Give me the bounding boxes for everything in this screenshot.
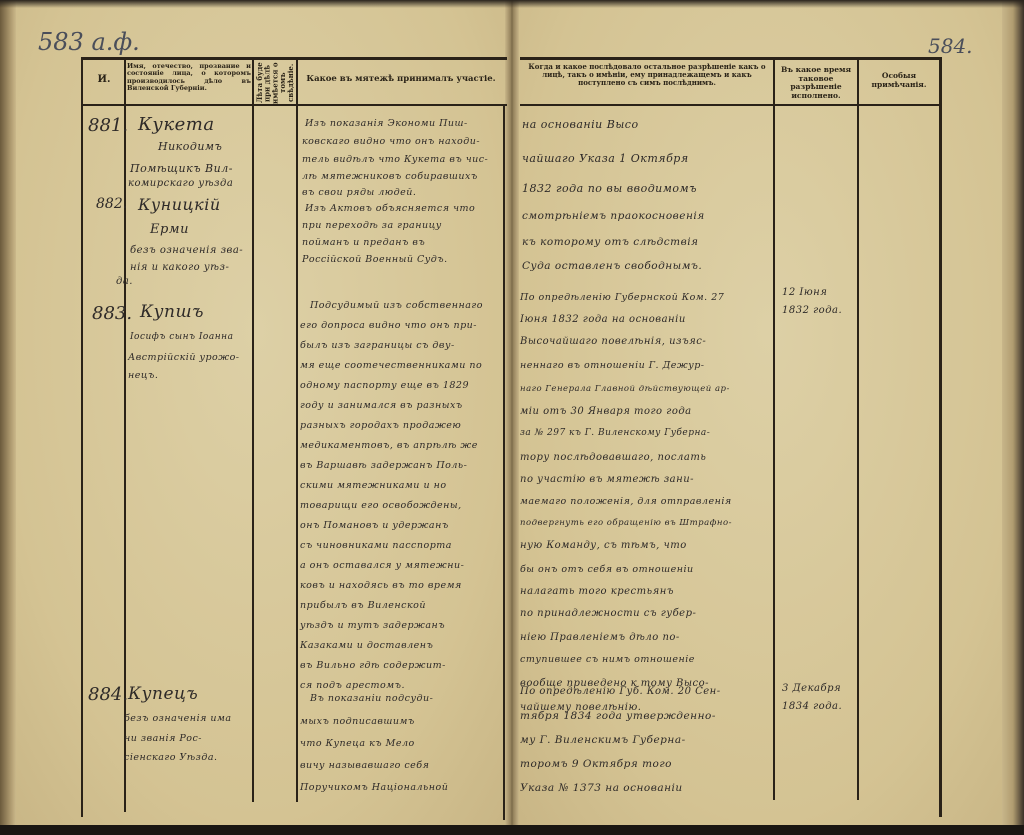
right-top-thick-rule: [520, 57, 940, 60]
decision-line: міи отъ 30 Января того года: [520, 406, 692, 417]
decision-line: бы онъ отъ себя въ отношеніи: [520, 564, 694, 575]
right-col-divider-1: [773, 60, 775, 800]
header-when-executed: Въ какое время таковое разрѣшеніе исполн…: [776, 66, 856, 101]
participation-line: Подсудимый изъ собственнаго: [310, 300, 483, 311]
participation-line: при переходѣ за границу: [302, 220, 442, 231]
right-header-bottom-rule: [520, 104, 940, 106]
decision-line: му Г. Виленскимъ Губерна-: [520, 734, 686, 746]
right-folio-number: 584.: [928, 34, 973, 58]
decision-line: на основаніи Высо: [522, 118, 639, 131]
decision-line: Высочайшаго повелѣнія, изъяс-: [520, 336, 706, 347]
left-inner-vrule: [503, 105, 505, 820]
header-participation: Какое въ мятежѣ принималъ участіе.: [300, 75, 502, 85]
decision-line: чайшаго Указа 1 Октября: [522, 152, 689, 165]
entry-name-line: ни званія Рос-: [124, 733, 202, 744]
decision-line: наго Генерала Главной дѣйствующей ар-: [520, 384, 730, 394]
center-gutter: [505, 0, 519, 825]
participation-line: лѣ мятежниковъ собиравшихъ: [302, 171, 478, 182]
decision-line: смотрѣніемъ праокосновенія: [522, 210, 705, 222]
execution-date: 12 Іюня 1832 года.: [782, 284, 856, 320]
entry-name-line: Никодимъ: [158, 140, 222, 153]
decision-line: тября 1834 года утвержденно-: [520, 710, 716, 722]
entry-name-line: Іосифъ сынъ Іоанна: [130, 332, 233, 342]
entry-name-line: Австрійскій урожо-: [128, 352, 240, 363]
participation-line: Казаками и доставленъ: [300, 640, 433, 651]
decision-line: ную Команду, съ тѣмъ, что: [520, 540, 687, 551]
participation-line: былъ изъ заграницы съ дву-: [300, 340, 455, 351]
entry-name-line: Купшъ: [140, 302, 204, 322]
participation-line: тель видѣлъ что Кукета въ чис-: [302, 154, 488, 165]
participation-line: Въ показаніи подсуди-: [310, 693, 433, 704]
right-page-edge: [1002, 0, 1024, 825]
entry-number: 881.: [88, 115, 128, 136]
participation-line: вичу называвшаго себя: [300, 760, 429, 771]
participation-line: уѣздъ и тутъ задержанъ: [300, 620, 445, 631]
participation-line: Изъ показанія Экономи Пиш-: [305, 118, 468, 129]
participation-line: въ Вильно гдѣ содержит-: [300, 660, 446, 671]
participation-line: товарищи его освобождены,: [300, 500, 462, 511]
decision-line: подвергнуть его обращенію въ Штрафно-: [520, 518, 732, 528]
participation-line: въ свои ряды людей.: [302, 187, 416, 198]
decision-line: по принадлежности съ губер-: [520, 608, 696, 619]
right-col-divider-2: [857, 60, 859, 800]
entry-number: 883.: [92, 303, 132, 324]
left-top-thick-rule: [82, 57, 507, 60]
entry-name-line: Куницкій: [138, 195, 221, 214]
decision-line: Іюня 1832 года на основаніи: [520, 314, 686, 325]
participation-line: мя еще соотечественниками по: [300, 360, 482, 371]
left-header-bottom-rule: [82, 104, 507, 106]
decision-line: по участію въ мятежѣ зани-: [520, 474, 694, 485]
decision-line: ступившее съ нимъ отношеніе: [520, 654, 695, 665]
entry-name-line: Ерми: [150, 222, 189, 237]
left-folio-number: 583 а.ф.: [38, 28, 140, 56]
participation-line: году и занимался въ разныхъ: [300, 400, 463, 411]
decision-line: Суда оставленъ свободнымъ.: [522, 260, 702, 272]
decision-line: тору послѣдовавшаго, послать: [520, 452, 706, 463]
participation-line: Изъ Актовъ объясняется что: [305, 203, 475, 214]
top-shadow: [0, 0, 1024, 8]
participation-line: ся подъ арестомъ.: [300, 680, 405, 691]
participation-line: что Купеца къ Мело: [300, 738, 415, 749]
participation-line: Россійской Военный Судъ.: [302, 254, 448, 265]
header-number: И.: [84, 74, 124, 86]
participation-line: прибылъ въ Виленской: [300, 600, 426, 611]
decision-line: ніею Правленіемъ дѣло по-: [520, 632, 680, 643]
execution-date: 3 Декабря 1834 года.: [782, 680, 856, 716]
entry-number: 884.: [88, 684, 128, 705]
participation-line: медикаментовъ, въ апрѣлѣ же: [300, 440, 478, 451]
decision-line: къ которому отъ слѣдствія: [522, 236, 699, 248]
participation-line: ковскаго видно что онъ находи-: [302, 136, 480, 147]
entry-name-line: нія и какого уѣз-: [130, 262, 229, 273]
participation-line: а онъ оставался у мятежни-: [300, 560, 464, 571]
participation-line: пойманъ и преданъ въ: [302, 237, 425, 248]
participation-line: мыхъ подписавшимъ: [300, 716, 415, 727]
decision-line: маемаго положенія, для отправленія: [520, 496, 732, 507]
participation-line: одному паспорту еще въ 1829: [300, 380, 469, 391]
entry-name-line: Помѣщикъ Вил-: [130, 162, 233, 175]
col-divider-2: [252, 60, 254, 802]
entry-name-line: сіенскаго Уѣзда.: [124, 752, 218, 763]
participation-line: его допроса видно что онъ при-: [300, 320, 477, 331]
decision-line: 1832 года по вы вводимомъ: [522, 182, 697, 195]
participation-line: Поручикомъ Національной: [300, 782, 448, 793]
entry-name-line: комирскаго уѣзда: [128, 178, 233, 189]
entry-name-line: безъ означенія зва-: [130, 245, 243, 256]
left-binding-edge: [0, 0, 16, 825]
participation-line: онъ Помановъ и удержанъ: [300, 520, 449, 531]
header-decision: Когда и какое послѣдовало остальное разр…: [522, 63, 772, 87]
left-outer-vrule: [81, 57, 83, 817]
decision-line: торомъ 9 Октября того: [520, 758, 672, 770]
header-name: Имя, отечество, прозвание и состояніе ли…: [127, 63, 251, 93]
participation-line: ковъ и находясь въ то время: [300, 580, 462, 591]
participation-line: разныхъ городахъ продажею: [300, 420, 461, 431]
header-notes: Особыя примѣчанія.: [860, 72, 938, 89]
decision-line: неннаго въ отношеніи Г. Дежур-: [520, 360, 705, 371]
decision-line: По опредѣленію Губ. Ком. 20 Сен-: [520, 686, 721, 697]
participation-line: съ чиновниками пасспорта: [300, 540, 452, 551]
col-divider-3: [296, 60, 298, 802]
entry-name-line: Купецъ: [128, 684, 198, 704]
decision-line: Указа № 1373 на основаніи: [520, 782, 683, 794]
entry-number: 882.: [96, 196, 127, 212]
entry-name-line: нецъ.: [128, 370, 158, 381]
participation-line: въ Варшавѣ задержанъ Поль-: [300, 460, 467, 471]
decision-line: По опредѣленію Губернской Ком. 27: [520, 292, 724, 303]
right-outer-vrule: [939, 57, 942, 817]
decision-line: налагать того крестьянъ: [520, 586, 674, 597]
entry-name-line: да.: [116, 276, 133, 287]
participation-line: скими мятежниками и но: [300, 480, 447, 491]
entry-name-line: безъ означенія има: [124, 713, 232, 724]
ledger-spread: 583 а.ф. 584. И. Имя, отечество, прозван…: [0, 0, 1024, 825]
entry-name-line: Кукета: [138, 114, 215, 135]
header-years: Лѣта буде при дѣлѣ имѣется о томъ свѣдѣн…: [256, 62, 294, 104]
decision-line: за № 297 къ Г. Виленскому Губерна-: [520, 428, 710, 438]
